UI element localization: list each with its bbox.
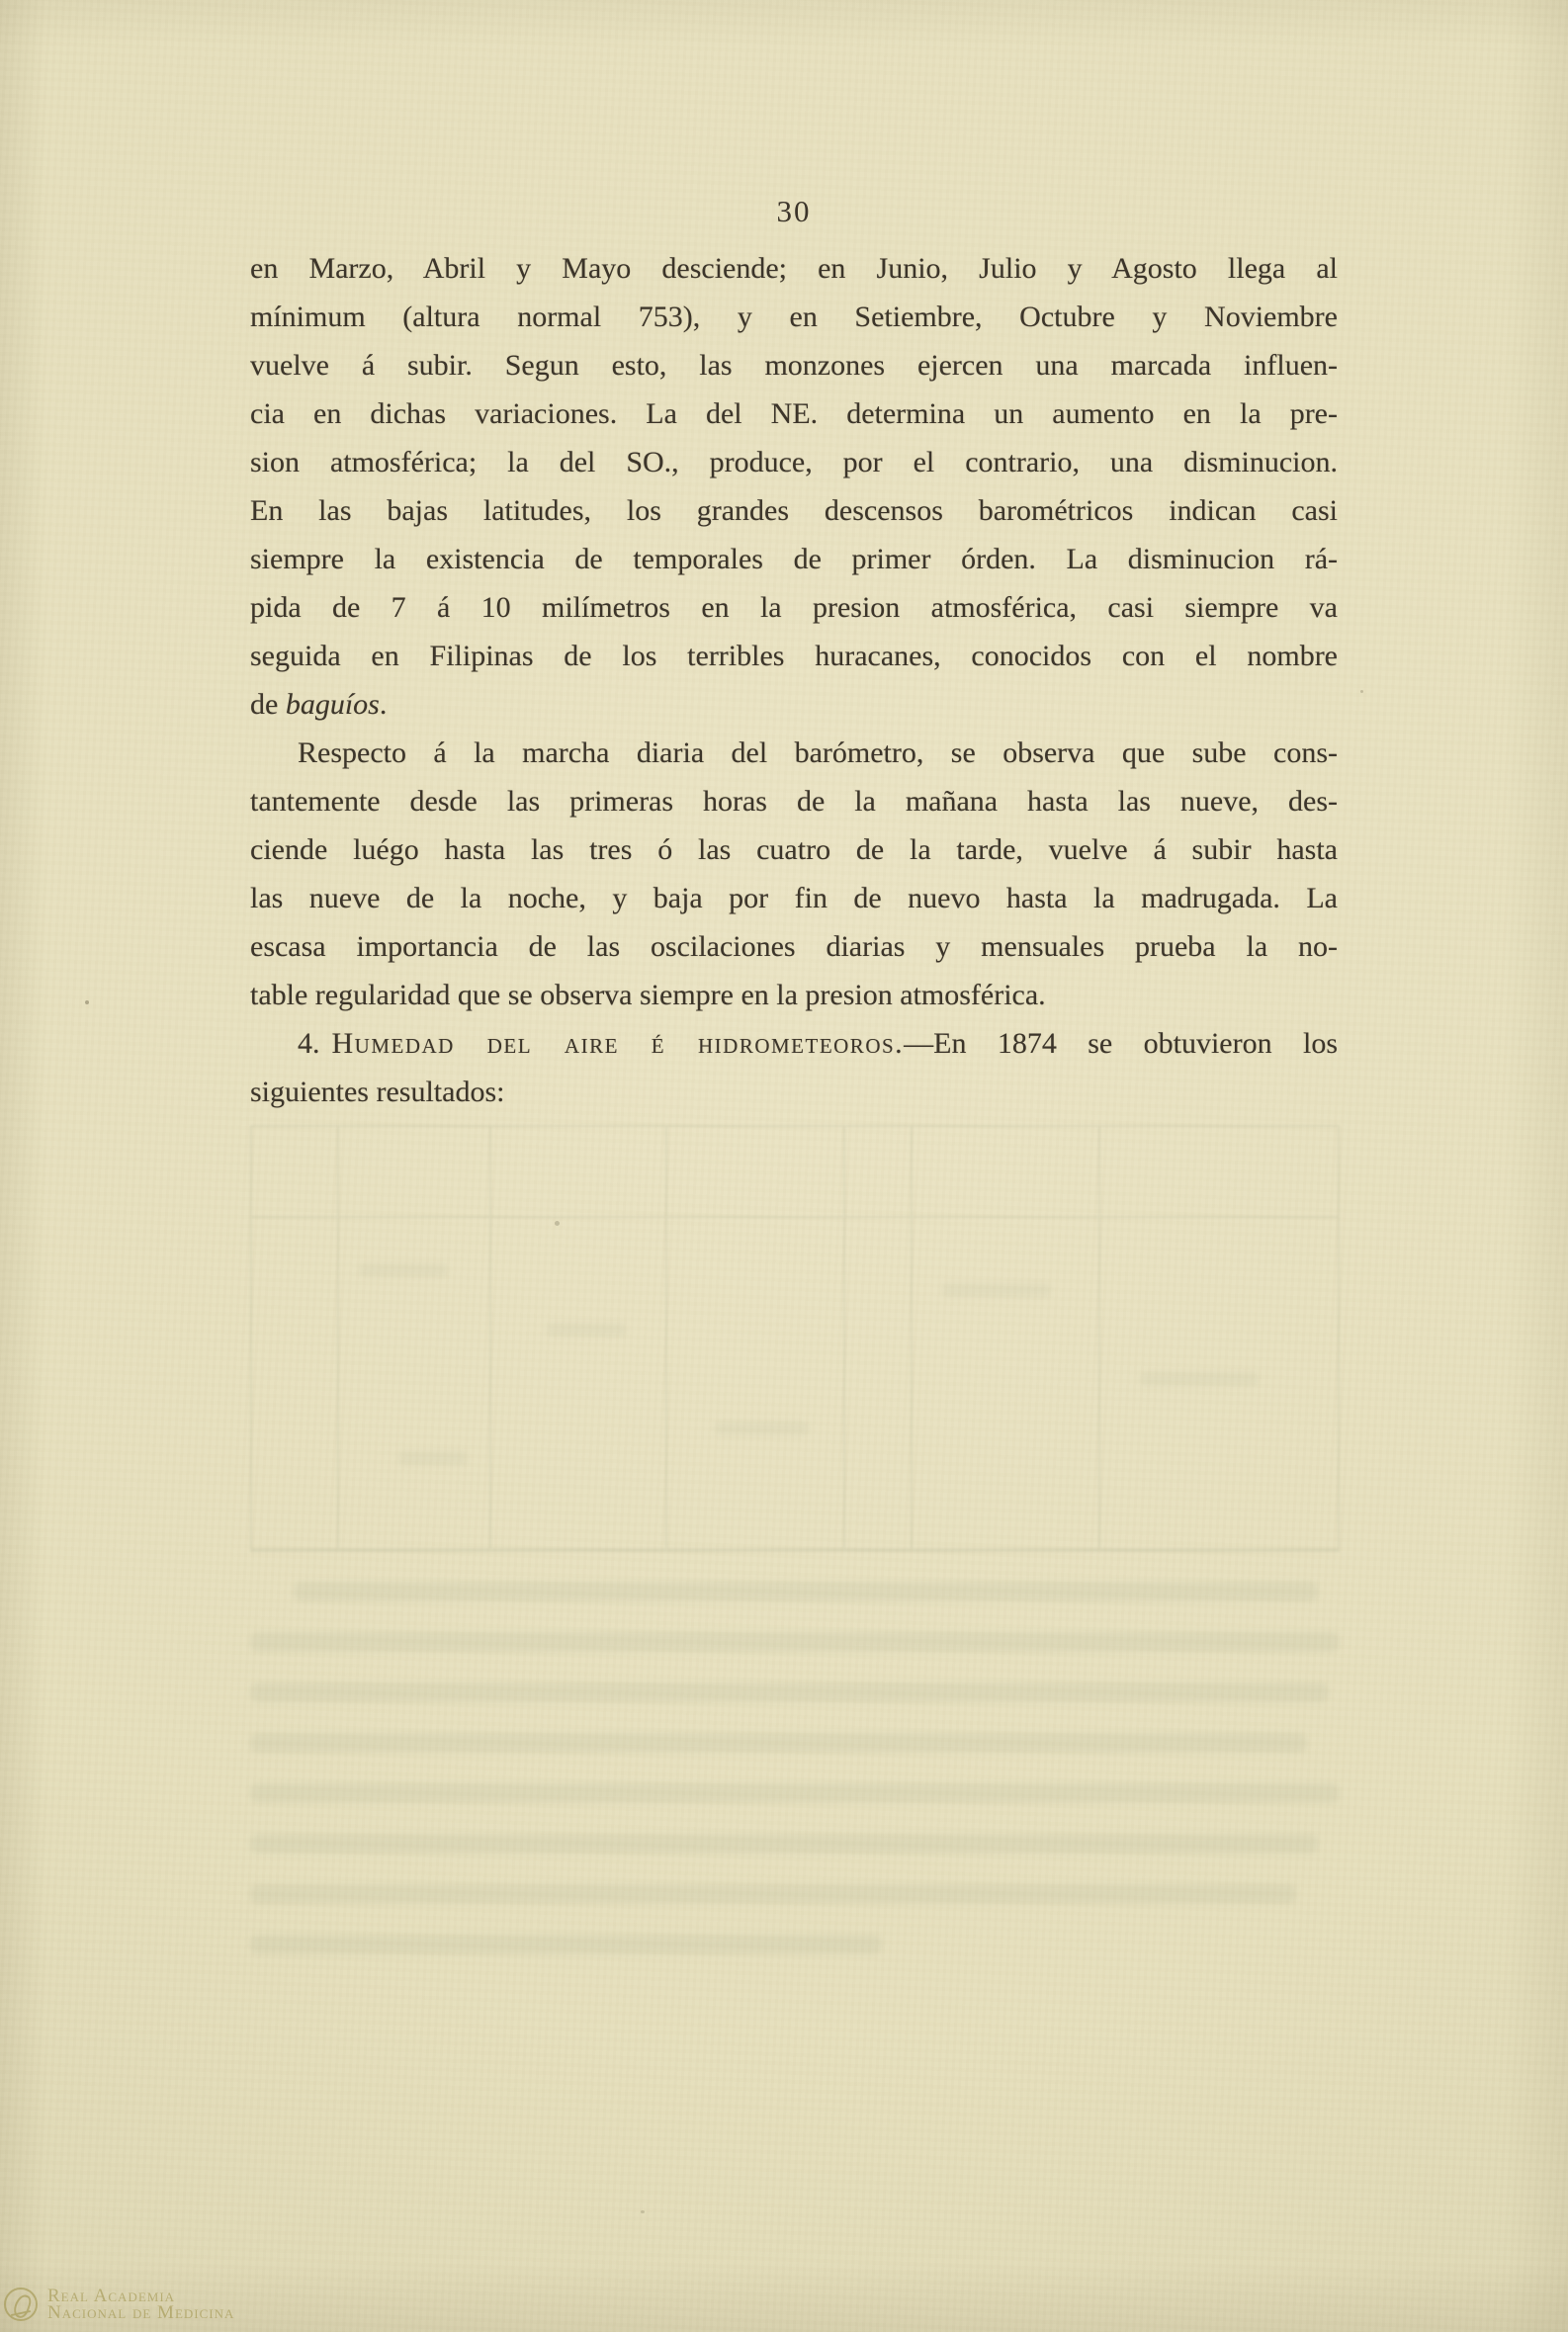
text-line: siempre la existencia de temporales de p… (250, 535, 1338, 583)
text-line: tantemente desde las primeras horas de l… (250, 777, 1338, 825)
academy-seal-icon (4, 2288, 38, 2321)
text-line: cia en dichas variaciones. La del NE. de… (250, 389, 1338, 438)
text-line: en Marzo, Abril y Mayo desciende; en Jun… (250, 244, 1338, 293)
text-line: mínimum (altura normal 753), y en Setiem… (250, 293, 1338, 341)
ghost-table-frame (250, 1125, 1340, 1552)
text-run: de (250, 688, 286, 721)
text-run: . (380, 688, 388, 721)
watermark-line2: Nacional de Medicina (47, 2304, 234, 2321)
text-line: pida de 7 á 10 milímetros en la presion … (250, 583, 1338, 632)
text-line: table regularidad que se observa siempre… (250, 971, 1338, 1019)
text-line: sion atmosférica; la del SO., produce, p… (250, 438, 1338, 486)
page-number: 30 (250, 194, 1338, 233)
book-page: 30 en Marzo, Abril y Mayo desciende; en … (0, 0, 1568, 2332)
section-number: 4. (298, 1027, 320, 1060)
text-line: seguida en Filipinas de los terribles hu… (250, 632, 1338, 680)
text-line: escasa importancia de las oscilaciones d… (250, 922, 1338, 971)
text-run: —En 1874 se obtuvieron los (904, 1027, 1338, 1060)
text-line: En las bajas latitudes, los grandes desc… (250, 486, 1338, 535)
show-through-text (250, 1582, 1340, 1985)
watermark-text: Real Academia Nacional de Medicina (47, 2288, 234, 2321)
text-line: ciende luégo hasta las tres ó las cuatro… (250, 825, 1338, 874)
section-title: Humedad del aire é hidrometeoros. (332, 1027, 905, 1060)
section-heading-line: 4.Humedad del aire é hidrometeoros.—En 1… (250, 1019, 1338, 1068)
text-block: en Marzo, Abril y Mayo desciende; en Jun… (250, 244, 1338, 1116)
text-line: vuelve á subir. Segun esto, las monzones… (250, 341, 1338, 389)
text-line: las nueve de la noche, y baja por fin de… (250, 874, 1338, 922)
library-watermark: Real Academia Nacional de Medicina (4, 2288, 234, 2321)
text-line: Respecto á la marcha diaria del barómetr… (250, 729, 1338, 777)
text-line: siguientes resultados: (250, 1068, 1338, 1116)
text-line: de baguíos. (250, 680, 1338, 729)
show-through-table (250, 1125, 1340, 1552)
italic-term: baguíos (286, 688, 380, 721)
